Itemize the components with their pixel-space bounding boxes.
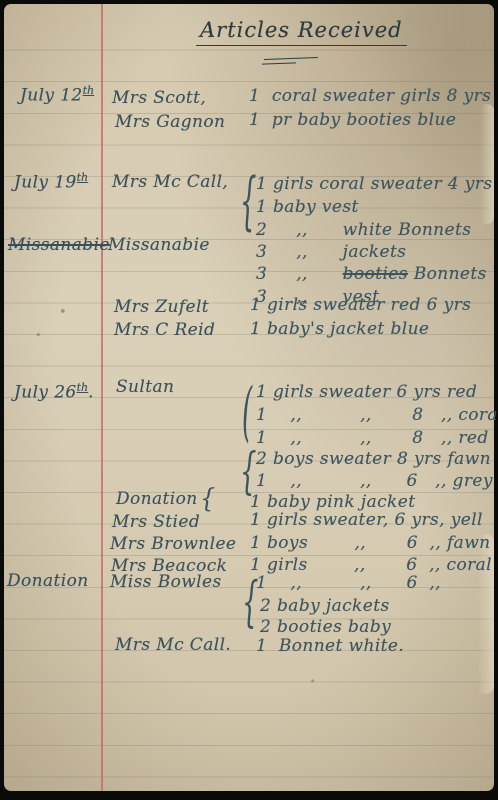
item-entry: 2 baby jackets: [260, 595, 390, 617]
page-title: Articles Received: [196, 18, 407, 46]
donor-name: Mrs Brownlee: [110, 533, 236, 555]
struck-word: booties: [343, 264, 408, 284]
margin-line: [101, 4, 103, 791]
date-entry-struck: Missanabie: [8, 234, 110, 256]
title-flourish: [262, 62, 296, 64]
item-entry: 3 ,, jackets: [256, 241, 406, 263]
date-entry: July 26th.: [14, 377, 94, 404]
date-entry: July 12th: [20, 80, 94, 107]
group-bracket: {: [200, 485, 215, 511]
item-entry: 1 boys ,, 6 ,, fawn: [250, 532, 491, 554]
donor-name: Miss Bowles: [110, 571, 222, 593]
title-flourish: [264, 57, 318, 60]
item-entry: 3 ,, booties Bonnets: [256, 263, 487, 285]
date-entry: July 19th: [14, 167, 88, 194]
donor-name: Mrs Mc Call.: [115, 634, 231, 656]
donor-name: Mrs Scott,: [112, 87, 206, 109]
donor-name: Sultan: [116, 376, 174, 398]
item-entry: 1 pr baby booties blue: [249, 109, 456, 131]
item-entry: 1 ,, ,, 6 ,,: [256, 572, 441, 594]
donor-name: Missanabie: [108, 234, 210, 256]
item-entry: 1 girls sweater 6 yrs red: [256, 381, 477, 403]
item-entry: 1 girls sweater red 6 yrs: [250, 294, 471, 316]
item-entry: 1 baby's jacket blue: [250, 318, 429, 340]
item-entry: 1 Bonnet white.: [256, 635, 404, 657]
donor-name: Donation: [116, 488, 198, 510]
ledger-paper: Articles Received July 12th July 19th Mi…: [4, 4, 494, 791]
item-entry: 1 ,, ,, 6 ,, grey: [256, 470, 493, 492]
page-edge-wear: [480, 104, 494, 224]
item-entry: 2 boys sweater 8 yrs fawn: [256, 448, 491, 470]
donor-name: Mrs Stied: [112, 511, 200, 533]
donor-name: Mrs Zufelt: [114, 296, 209, 318]
item-entry: 1 coral sweater girls 8 yrs: [249, 85, 491, 107]
donor-name: Mrs C Reid: [114, 319, 215, 341]
date-entry: Donation: [7, 570, 89, 592]
item-entry: 1 ,, ,, 8 ,, coral: [256, 404, 498, 426]
item-entry: 1 girls sweater, 6 yrs, yell: [250, 509, 483, 531]
donor-name: Mrs Gagnon: [115, 111, 225, 133]
donor-name: Mrs Mc Call,: [112, 171, 228, 193]
item-entry: 1 ,, ,, 8 ,, red: [256, 427, 489, 449]
group-bracket: {: [240, 448, 257, 497]
item-entry: 1 girls coral sweater 4 yrs: [256, 173, 492, 195]
item-entry: 1 baby vest: [256, 196, 359, 218]
group-bracket: (: [242, 381, 252, 446]
group-bracket: {: [240, 172, 257, 234]
scanned-ledger-page: Articles Received July 12th July 19th Mi…: [0, 0, 498, 800]
item-entry: 2 ,, white Bonnets: [256, 219, 471, 241]
